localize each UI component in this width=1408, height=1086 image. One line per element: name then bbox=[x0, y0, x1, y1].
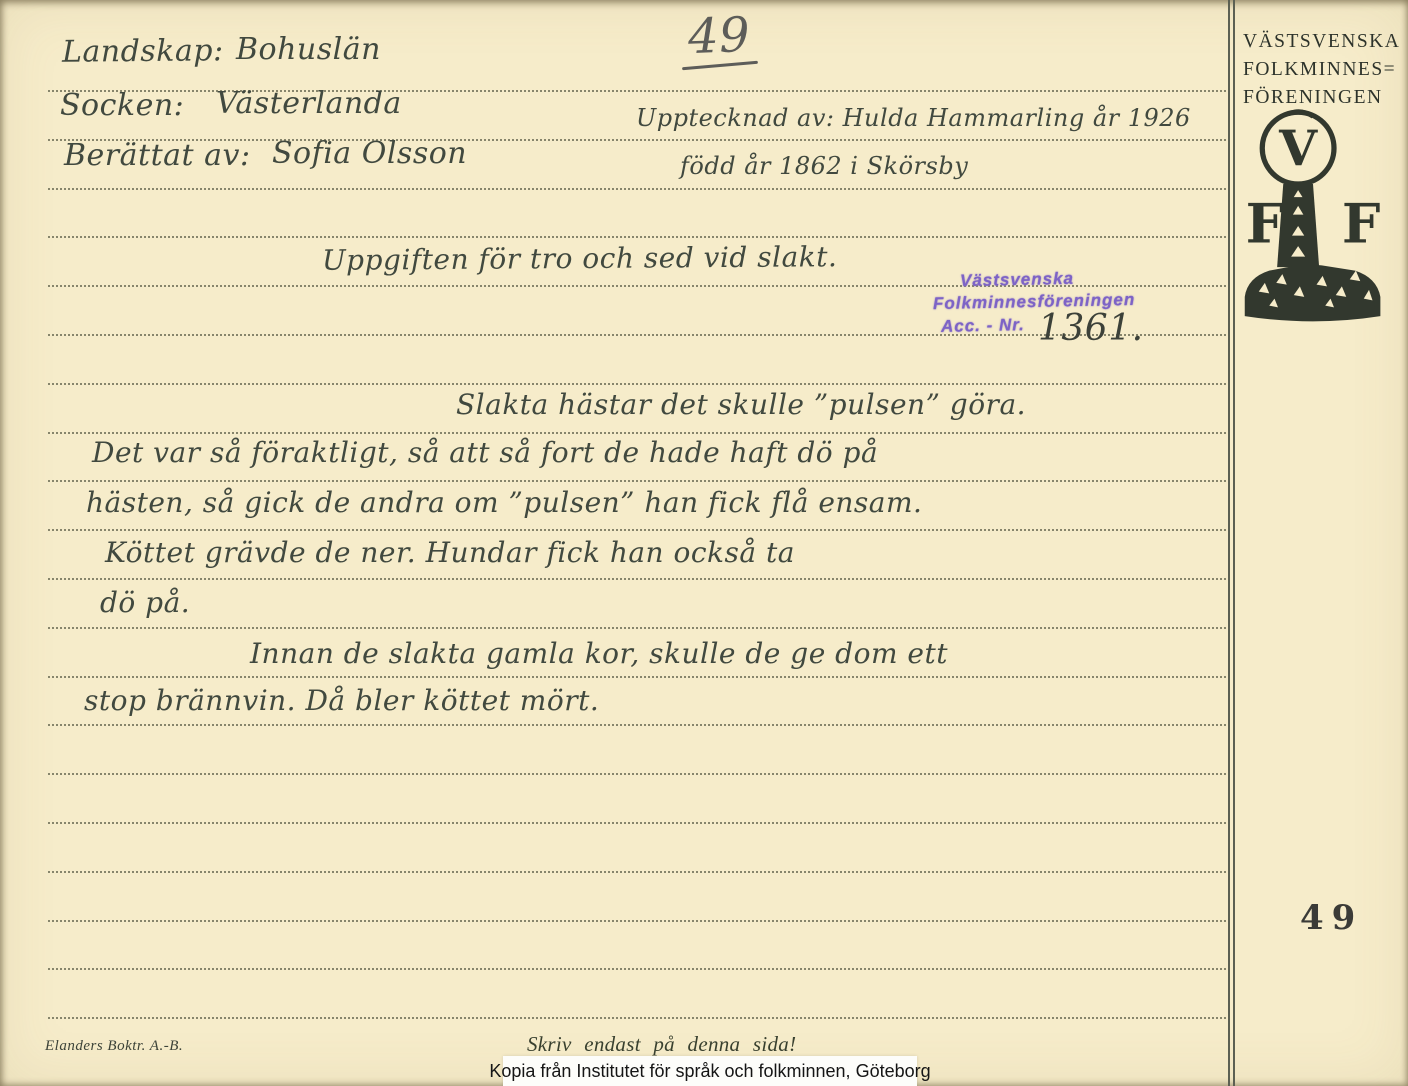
copy-notice-strip: Kopia från Institutet för språk och folk… bbox=[503, 1056, 917, 1086]
page-number-top: 49 bbox=[687, 7, 751, 65]
document-title: Uppgiften för tro och sed vid slakt. bbox=[322, 240, 838, 277]
vff-thor-hammer-logo-icon: V F F bbox=[1243, 106, 1383, 325]
berattat-label: Berättat av: bbox=[64, 138, 251, 173]
berattat-value: Sofia Olsson bbox=[272, 136, 467, 171]
body-line: Slakta hästar det skulle ”pulsen” göra. bbox=[456, 388, 1026, 421]
organisation-name-line1: VÄSTSVENSKA bbox=[1243, 28, 1405, 56]
stamp-line-1: Västsvenska bbox=[960, 269, 1074, 291]
archive-card-page: 49 Landskap: Bohuslän Socken: Västerland… bbox=[0, 0, 1408, 1086]
page-number-stamp: 49 bbox=[1300, 898, 1363, 938]
landskap-value: Bohuslän bbox=[236, 32, 381, 67]
upptecknad-line: Upptecknad av: Hulda Hammarling år 1926 bbox=[636, 104, 1191, 132]
ruled-line bbox=[48, 432, 1226, 434]
ruled-line bbox=[48, 578, 1226, 580]
organisation-name-line2: FOLKMINNES= bbox=[1243, 56, 1405, 84]
body-line: Innan de slakta gamla kor, skulle de ge … bbox=[250, 637, 948, 670]
ruled-line bbox=[48, 920, 1226, 922]
stamp-line-3: Acc. - Nr. bbox=[941, 315, 1025, 337]
socken-label: Socken: bbox=[60, 88, 184, 123]
ruled-line bbox=[48, 871, 1226, 873]
body-line: hästen, så gick de andra om ”pulsen” han… bbox=[86, 486, 922, 519]
vertical-rule-left bbox=[1228, 0, 1230, 1086]
ruled-line bbox=[48, 676, 1226, 678]
organisation-name: VÄSTSVENSKA FOLKMINNES= FÖRENINGEN bbox=[1243, 28, 1405, 112]
vertical-rule-right bbox=[1233, 0, 1235, 1086]
socken-value: Västerlanda bbox=[216, 86, 402, 121]
ruled-line bbox=[48, 724, 1226, 726]
accession-number: 1361. bbox=[1038, 308, 1144, 349]
body-line: Det var så föraktligt, så att så fort de… bbox=[92, 436, 878, 469]
body-line: stop brännvin. Då bler köttet mört. bbox=[84, 684, 599, 717]
ruled-line bbox=[48, 383, 1226, 385]
copy-notice-text: Kopia från Institutet för språk och folk… bbox=[489, 1061, 930, 1082]
ruled-line bbox=[48, 773, 1226, 775]
fodd-line: född år 1862 i Skörsby bbox=[680, 152, 968, 180]
landskap-label: Landskap: bbox=[62, 33, 224, 69]
logo-letter-v: V bbox=[1278, 119, 1318, 177]
body-line: dö på. bbox=[100, 586, 190, 619]
ruled-line bbox=[48, 627, 1226, 629]
write-only-instruction: Skriv endast på denna sida! bbox=[527, 1032, 796, 1057]
ruled-line bbox=[48, 1017, 1226, 1019]
logo-letter-f-right: F bbox=[1342, 192, 1381, 256]
ruled-line bbox=[48, 188, 1226, 190]
ruled-line bbox=[48, 480, 1226, 482]
ruled-line bbox=[48, 822, 1226, 824]
printer-imprint: Elanders Boktr. A.-B. bbox=[45, 1038, 183, 1055]
ruled-line bbox=[48, 529, 1226, 531]
logo-letter-f-left: F bbox=[1246, 192, 1285, 256]
body-line: Köttet grävde de ner. Hundar fick han oc… bbox=[105, 536, 795, 569]
ruled-line bbox=[48, 236, 1226, 238]
ruled-line bbox=[48, 968, 1226, 970]
